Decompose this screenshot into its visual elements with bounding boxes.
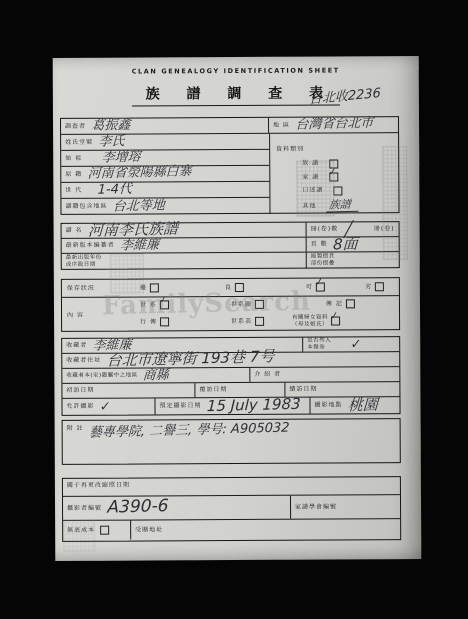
- followup-visit-cell: 續訪日期: [285, 382, 399, 397]
- lineage-checkbox: ✓: [160, 300, 169, 309]
- compiler-cell: 最新版本編纂者 李維廉: [62, 238, 307, 253]
- content-option: 行 傳: [140, 318, 169, 327]
- content-option: 世 系 ✓: [140, 300, 169, 309]
- followup-visit-label: 續訪日期: [289, 386, 317, 393]
- surveyor-cell: 調查者 葛振鑫: [61, 118, 269, 134]
- filming-permission-mark: ✓: [100, 400, 111, 413]
- lineage-chart-checkbox: [255, 300, 264, 309]
- material-type-label: 資料類別: [276, 146, 304, 153]
- filming-permission-label: 允許攝影: [66, 403, 94, 410]
- photographer-number-label: 攝影者編號: [67, 505, 102, 512]
- table-body: 姓氏堂號 李氏 始 祖 李增瑢 原 籍 河南省滎陽縣白寨: [61, 133, 398, 215]
- included-cell: 是否列入 本微卷 ✓: [303, 337, 399, 352]
- cost-checkbox: [100, 526, 109, 535]
- table-row: 無底成本 受贈地址: [63, 519, 400, 540]
- table-row: 攝影者編號 A390-6 家譜學會編號: [63, 495, 400, 521]
- notes-value: 藝專學院, 二譽三, 學号: A905032: [89, 422, 290, 440]
- poor-checkbox: [375, 282, 384, 291]
- filming-permission-cell: 允許攝影 ✓: [62, 398, 155, 414]
- generations-value: 1-4代: [97, 183, 132, 197]
- donation-address-cell: 受贈地址: [131, 519, 400, 539]
- generations-cell: 世 代 1-4代: [61, 183, 131, 198]
- excellent-checkbox: [150, 283, 159, 292]
- identification-table: 調查者 葛振鑫 地 區 台灣省台北市 姓氏堂號 李氏: [60, 116, 400, 215]
- origin-cell: 原 籍 河南省滎陽縣白寨: [61, 166, 191, 182]
- table-row: 關于再更改縮照日期: [63, 477, 400, 497]
- surveyor-label: 調查者: [65, 123, 86, 130]
- content-line: 世 系 ✓ 世系圖 傳 記: [124, 299, 399, 309]
- compiler-label: 最新版本編纂者: [66, 242, 115, 249]
- pages-label: 頁 數: [311, 241, 328, 248]
- donation-address-label: 受贈地址: [135, 526, 163, 533]
- introducer-cell: 介 紹 者: [250, 367, 399, 382]
- owner-address-value: 台北市遼寧街 193巷 7号: [106, 349, 274, 368]
- introducer-label: 介 紹 者: [254, 371, 281, 378]
- surname-cell: 姓氏堂號 李氏: [61, 135, 124, 150]
- owner-table: 收藏者 李維廉 是否列入 本微卷 ✓ 收藏者住址 台北市遼寧街 193巷 7号: [61, 336, 400, 416]
- microfilm-scan-viewport: CLAN GENEALOGY IDENTIFICATION SHEET 族 譜 …: [0, 0, 468, 619]
- filming-date-cell: 預定攝影日期 15 July 1983: [155, 398, 310, 415]
- women-data-label: 有關婦女資料 （母及娘氏）: [292, 315, 328, 329]
- table-row: 姓氏堂號 李氏: [61, 134, 269, 151]
- condition-option: 良: [225, 283, 244, 292]
- genealogy-title-label: 譜 名: [66, 227, 83, 234]
- surveyor-value: 葛振鑫: [91, 119, 131, 133]
- photographer-number-cell: 攝影者編號 A390-6: [63, 496, 291, 520]
- fair-checkbox: ✓: [316, 283, 325, 292]
- archive-seal-stamp: [63, 520, 95, 552]
- table-row: 收藏者本(家)籍屬中之地區 商縣 介 紹 者: [62, 367, 399, 384]
- society-number-cell: 家譜學會編號: [291, 495, 400, 519]
- first-visit-label: 初訪日期: [66, 387, 94, 394]
- table-row: 譜籍包含地區 台北等地: [61, 198, 269, 215]
- compiler-value: 李維廉: [120, 238, 160, 252]
- first-visit-cell: 初訪日期: [62, 383, 195, 398]
- ancestor-cell: 始 祖 李增瑢: [61, 151, 140, 166]
- filming-date-label: 預定攝影日期: [159, 403, 201, 410]
- origin-value: 河南省滎陽縣白寨: [87, 165, 192, 181]
- coverage-value: 台北等地: [113, 199, 166, 213]
- content-option: 傳 記: [326, 299, 355, 308]
- microfilm-fold-label: 縮製摺頁 部份摺疊: [311, 254, 335, 268]
- table-row: 世 代 1-4代: [61, 182, 269, 199]
- content-label: 內 容: [67, 312, 84, 319]
- filming-location-label: 攝影地點: [314, 402, 342, 409]
- table-row: 收藏者住址 台北市遼寧街 193巷 7号: [62, 352, 399, 369]
- owner-address-label: 收藏者住址: [66, 357, 101, 364]
- included-mark: ✓: [350, 338, 361, 351]
- coverage-label: 譜籍包含地區: [65, 203, 107, 210]
- archive-seal-stamp: [110, 253, 144, 293]
- surname-label: 姓氏堂號: [65, 139, 93, 146]
- included-label: 是否列入 本微卷: [307, 338, 331, 352]
- area-cell: 地 區 台灣省台北市: [269, 117, 398, 133]
- left-column: 姓氏堂號 李氏 始 祖 李增瑢 原 籍 河南省滎陽縣白寨: [61, 134, 270, 215]
- content-options: 世 系 ✓ 世系圖 傳 記: [124, 299, 399, 329]
- content-option: 世系表: [231, 317, 264, 326]
- content-option: 世系圖: [231, 300, 264, 309]
- condition-option: 劣: [365, 282, 384, 291]
- table-row: 最新版本編纂者 李維廉 頁 數 8面: [62, 237, 399, 254]
- volumes-label: 冊(卷)數: [311, 226, 339, 233]
- area-value: 台灣省台北市: [295, 117, 374, 132]
- pubdate-cell: 最新出版年份 或序跋日期: [62, 253, 307, 270]
- filming-location-cell: 攝影地點 桃園: [310, 397, 399, 413]
- notes-label: 附 註: [67, 425, 84, 432]
- generations-label: 世 代: [65, 187, 82, 194]
- reschedule-label: 關于再更改縮照日期: [67, 482, 130, 490]
- owner-address-cell: 收藏者住址 台北市遼寧街 193巷 7号: [62, 352, 399, 368]
- table-row: 原 籍 河南省滎陽縣白寨: [61, 166, 269, 183]
- archive-seal-stamp: [296, 160, 334, 216]
- good-checkbox: [235, 283, 244, 292]
- area-label: 地 區: [273, 122, 290, 129]
- content-line: 行 傳 世系表 有關婦女資料 （母及娘氏） ✓: [124, 314, 399, 329]
- oral-genealogy-checkbox: [333, 186, 342, 195]
- surname-value: 李氏: [98, 135, 125, 149]
- ancestor-label: 始 祖: [65, 155, 82, 162]
- genealogy-title-value: 河南李氏族譜: [88, 221, 179, 238]
- owner-district-label: 收藏者本(家)籍屬中之地區: [66, 372, 137, 379]
- coverage-cell: 譜籍包含地區 台北等地: [61, 198, 164, 215]
- biography-checkbox: [346, 299, 355, 308]
- pubdate-label: 最新出版年份 或序跋日期: [66, 255, 102, 269]
- filming-date-value: 15 July 1983: [207, 396, 301, 413]
- owner-district-value: 商縣: [143, 368, 170, 382]
- lineage-table-checkbox: [255, 317, 264, 326]
- records-checkbox: [160, 318, 169, 327]
- reschedule-cell: 關于再更改縮照日期: [63, 477, 400, 496]
- title-cell: 譜 名 河南李氏族譜: [62, 223, 307, 238]
- document-page: CLAN GENEALOGY IDENTIFICATION SHEET 族 譜 …: [53, 56, 422, 561]
- notes-cell: 附 註 藝專學院, 二譽三, 學号: A905032: [63, 419, 400, 464]
- owner-label: 收藏者: [66, 342, 87, 349]
- photographer-number-value: A390-6: [107, 498, 169, 517]
- women-data-option: 有關婦女資料 （母及娘氏） ✓: [292, 314, 340, 328]
- archive-seal-stamp: [382, 146, 408, 260]
- owner-value: 李維廉: [92, 338, 132, 352]
- pages-value: 8面: [333, 236, 358, 252]
- content-label-cell: 內 容: [62, 301, 124, 331]
- filming-location-value: 桃園: [348, 397, 379, 413]
- table-row: 允許攝影 ✓ 預定攝影日期 15 July 1983 攝影地點 桃園: [62, 397, 399, 415]
- notes-table: 附 註 藝專學院, 二譽三, 學号: A905032: [62, 418, 401, 465]
- origin-label: 原 籍: [65, 171, 82, 178]
- condition-label: 保存狀況: [67, 285, 95, 292]
- form-english-title: CLAN GENEALOGY IDENTIFICATION SHEET: [53, 66, 419, 76]
- content-row: 內 容 世 系 ✓ 世系圖 傳 記: [62, 296, 399, 331]
- office-use-table: 關于再更改縮照日期 攝影者編號 A390-6 家譜學會編號 無底成本: [62, 476, 401, 542]
- condition-option: 可 ✓: [306, 283, 325, 292]
- table-row: 調查者 葛振鑫 地 區 台灣省台北市: [61, 117, 398, 135]
- second-visit-label: 覆訪日期: [199, 386, 227, 393]
- owner-district-cell: 收藏者本(家)籍屬中之地區 商縣: [62, 368, 250, 383]
- ancestor-value: 李增瑢: [101, 151, 141, 165]
- society-number-label: 家譜學會編號: [295, 503, 337, 510]
- women-data-checkbox: ✓: [331, 317, 340, 326]
